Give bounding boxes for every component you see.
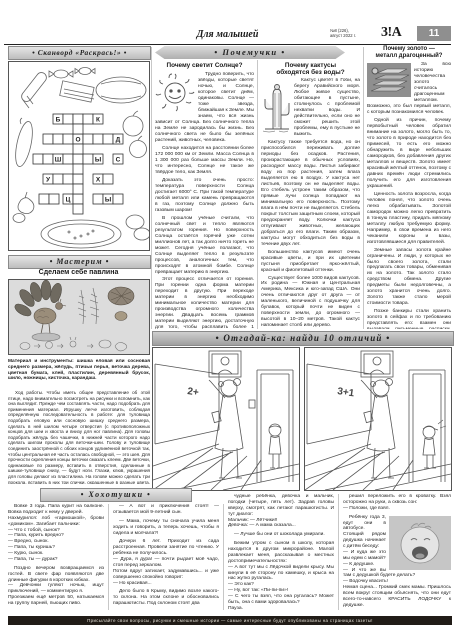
pochemuchki-banner: • Почемучки •	[155, 46, 345, 59]
paragraph: Земные запасы золота крайне ограничены. …	[367, 248, 451, 308]
joke-divider	[338, 494, 339, 610]
peacock-craft-photo	[8, 279, 150, 355]
joke: Вовке 3 года. Папа курит на балконе. Вов…	[8, 504, 104, 563]
crossword-letter: О	[75, 137, 80, 144]
work-process-text: Ход работы. Чтобы иметь общее представле…	[8, 390, 150, 484]
header-rule	[4, 44, 451, 45]
crossword-letter: К	[96, 117, 100, 124]
crossword-illustration: Б К О Д Ш Ы С У Х Ц Ы	[9, 62, 149, 250]
jokes-column-2: — А вот и приключения стоят! — отзываетс…	[113, 504, 219, 612]
crossword-letter: Б	[56, 117, 61, 124]
master-subtitle: Сделаем себе павлина	[8, 269, 149, 276]
paragraph: В прошлом учёные считали, что солнечный …	[155, 216, 254, 276]
paragraph: Кактусу также требуется вода, но он прис…	[261, 140, 360, 248]
laughing-baby-photo	[389, 516, 451, 570]
newspaper-page: Для малышей №8 (226), август 2022 г. 3!А…	[0, 0, 455, 643]
gold-bars-photo	[367, 63, 411, 97]
footer-note: Присылайте свои вопросы, рисунки и смешн…	[8, 616, 452, 625]
joke: Бежим утром с сыном в школу, которая нах…	[228, 541, 334, 612]
joke: — Мама, почему ты сначала учила меня ход…	[113, 519, 219, 537]
paragraph: Одной из причин, почему первобытный чело…	[367, 118, 451, 190]
jokes-column-4: решил переложить его в кроватку. Взял ос…	[343, 494, 451, 612]
cactus-article-body: Кактус цветёт в Гоби, на берегу Аравийск…	[261, 78, 360, 329]
find-differences-right[interactable]: 3+1	[304, 347, 452, 491]
crossword-letter: С	[116, 157, 121, 164]
paragraph: Этот процесс отличается от горения. При …	[155, 277, 254, 329]
paragraph: Ход работы. Чтобы иметь общее представле…	[8, 390, 150, 484]
joke: — А вот и приключения стоят! — отзываетс…	[113, 504, 219, 516]
crossword-letter: Д	[116, 137, 121, 144]
newspaper-logo: 3!А	[381, 25, 401, 41]
paragraph: Существует более 1000 видов кактусов. Их…	[261, 276, 360, 330]
joke: — Лучше бы они от шоколада умирали.	[228, 532, 334, 538]
crossword-letter: Ы	[105, 197, 111, 204]
blackboard-math-right: 3+1	[337, 386, 356, 399]
sun-icon	[155, 73, 195, 113]
gold-article-body: За всю историю человечества золото счита…	[367, 62, 451, 329]
joke-divider	[223, 504, 224, 610]
column-divider	[151, 47, 152, 329]
blackboard-math-left: 2+	[187, 386, 200, 399]
paragraph: Большинство кактусов имеют очень красивы…	[261, 250, 360, 274]
paragraph: Солнце находится на расстоянии более 172…	[155, 146, 254, 176]
crossword-letter: Ц	[66, 197, 71, 204]
jokes-column-3: чудные ребёнка, девочка и мальчик, погод…	[228, 494, 334, 612]
cactus-icon	[261, 79, 291, 133]
page-number: 11	[417, 26, 451, 41]
joke: Поздно вечером возвращаемся из гостей. В…	[8, 566, 104, 607]
crossword-letter: Ш	[55, 157, 62, 164]
joke: решил переложить его в кроватку. Взял ос…	[343, 494, 451, 512]
otgadaika-banner: • Отгадай-ка: найди 10 отличий •	[152, 331, 454, 346]
sun-article-title: Почему светит Солнце?	[155, 62, 254, 69]
skanword-panel[interactable]: Б К О Д Ш Ы С У Х Ц Ы	[8, 61, 150, 251]
paragraph: Ценность золота возросла, когда человек …	[367, 192, 451, 246]
joke: Дело было в Крыму, видимо возле какого-т…	[113, 589, 219, 607]
find-differences-left[interactable]: 2+	[152, 347, 300, 491]
column-divider	[363, 47, 364, 329]
paragraph: Доказать это очень просто: температура п…	[155, 178, 254, 214]
joke: чудные ребёнка, девочка и мальчик, погод…	[228, 494, 334, 529]
cactus-article-title: Почему кактусы обходятся без воды?	[261, 62, 360, 77]
materials-note: Материал и инструменты: шишка еловая или…	[8, 359, 150, 382]
gold-article-title: Почему золото — металл драгоценный?	[367, 46, 451, 60]
crossword-letter: Ы	[95, 157, 101, 164]
skanword-banner: • Сканворд «Раскрась!» •	[8, 46, 151, 60]
crossword-letter: Х	[96, 177, 101, 184]
column-divider	[257, 60, 258, 329]
sun-article-body: Трудно поверить, что звёзды, которые све…	[155, 72, 254, 329]
hohotushki-banner: • Хохотушки •	[40, 488, 192, 502]
peacock-illustration	[9, 280, 149, 354]
issue-date: №8 (226), август 2022 г.	[330, 28, 378, 39]
master-banner: • Мастерим •	[8, 255, 151, 269]
joke-divider	[108, 504, 109, 610]
joke: Дочери 6 лет. Приходит из сада расстроен…	[113, 539, 219, 586]
paragraph: Позже банкиры стали хранить золото в сей…	[367, 309, 451, 329]
jokes-column-1: Вовке 3 года. Папа курит на балконе. Вов…	[8, 504, 104, 612]
